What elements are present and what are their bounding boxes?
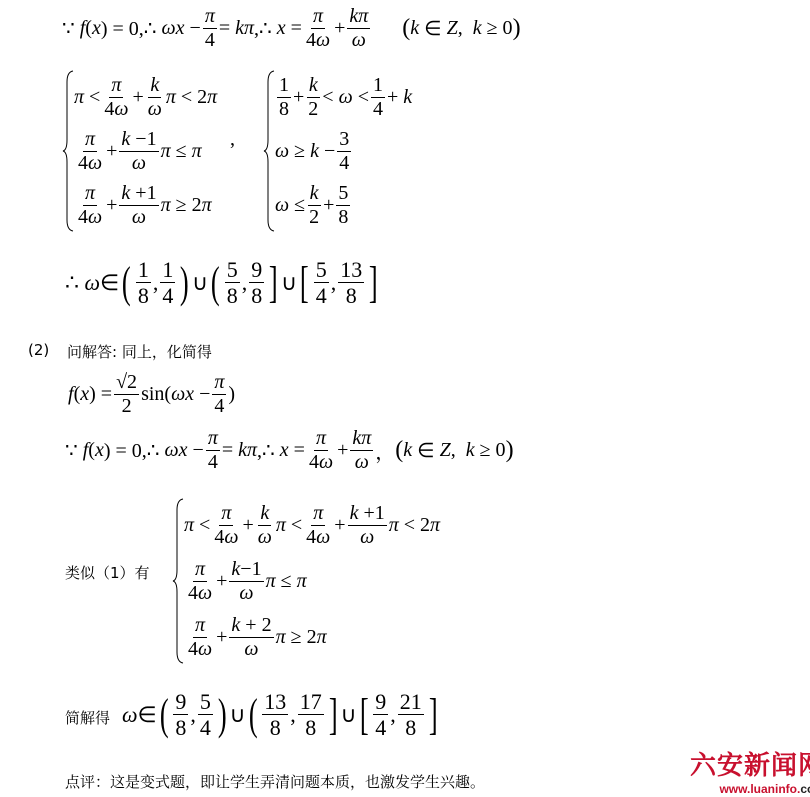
comma: , xyxy=(230,128,235,151)
similar-label: 类似（1）有 xyxy=(65,562,150,583)
watermark-url: www.luaninfo.com xyxy=(690,782,810,796)
part2-intro: 问解答: 同上，化简得 xyxy=(67,341,212,362)
equation-zero-condition-1: ∵ f(x) = 0,∴ ωx − π4 = kπ,∴ x = π4ω+ kπω… xyxy=(62,6,521,51)
comment-text: 点评：这是变式题，即让学生弄清问题本质，也激发学生兴趣。 xyxy=(65,771,485,792)
inequality-system-right: 18+k2< ω <14+ k ω ≥ k −34 ω ≤k2+58 xyxy=(263,70,412,232)
equation-zero-condition-2: ∵ f(x) = 0,∴ ωx − π4 = kπ,∴ x = π4ω+ kπω… xyxy=(65,428,514,473)
function-definition: f(x) = √22 sin(ωx −π4) xyxy=(68,372,235,417)
left-brace-icon xyxy=(172,498,184,664)
watermark-url-tld: com xyxy=(800,782,810,796)
watermark-logo: 六安新闻网 www.luaninfo.com xyxy=(690,745,810,796)
left-brace-icon xyxy=(62,70,74,232)
left-brace-icon xyxy=(263,70,275,232)
part2-label: (2) xyxy=(28,341,49,359)
watermark-cn: 六安新闻网 xyxy=(690,745,810,782)
result-part1: ∴ ω∈ (18,14) ∪ (58,98] ∪ [54,138] xyxy=(65,258,381,307)
inequality-system-left: π <π4ω+kωπ < 2π π4ω+k −1ωπ ≤ π π4ω+k +1ω… xyxy=(62,70,217,232)
inequality-system-part2: π <π4ω+kωπ <π4ω+k +1ωπ < 2π π4ω+k−1ωπ ≤ … xyxy=(172,498,440,664)
result-label: 简解得 xyxy=(65,707,110,728)
watermark-url-main: www.luaninfo. xyxy=(719,782,800,796)
result-part2: ω∈ (98,54) ∪ (138,178] ∪ [94,218] xyxy=(122,690,440,739)
